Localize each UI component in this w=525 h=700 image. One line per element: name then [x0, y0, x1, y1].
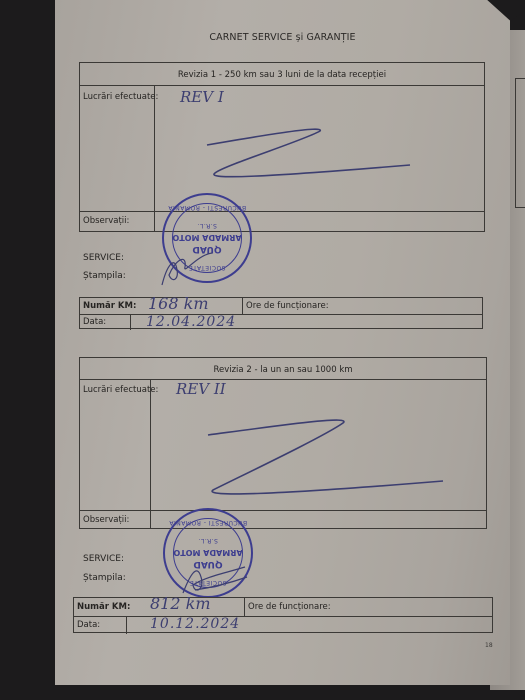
stamp-line-3: S.R.L.	[164, 222, 250, 229]
signature-1	[157, 245, 217, 290]
date-value[interactable]: 12.04.2024	[146, 314, 236, 330]
km-value[interactable]: 812 km	[150, 594, 211, 613]
divider	[80, 379, 486, 380]
divider	[242, 298, 243, 314]
km-label: Număr KM:	[83, 301, 136, 311]
observations-label: Observații:	[83, 216, 129, 226]
km-value[interactable]: 168 km	[148, 294, 209, 313]
works-value[interactable]: REV II	[176, 380, 226, 398]
km-label: Număr KM:	[77, 602, 130, 612]
service-label: SERVICE:	[83, 554, 124, 564]
divider	[154, 85, 155, 232]
stamp-label: Ștampila:	[83, 573, 126, 583]
divider	[130, 314, 131, 330]
page-number: 18	[485, 642, 493, 649]
divider	[80, 211, 484, 212]
cancellation-scribble-1	[205, 125, 465, 185]
date-value[interactable]: 10.12.2024	[150, 616, 240, 632]
observations-label: Observații:	[83, 515, 129, 525]
divider	[74, 616, 492, 617]
divider	[80, 85, 484, 86]
works-value[interactable]: REV I	[180, 88, 224, 106]
cancellation-scribble-2	[203, 415, 473, 505]
date-label: Data:	[77, 620, 100, 630]
service-book-page: CARNET SERVICE și GARANȚIE Revizia 1 - 2…	[55, 0, 510, 685]
divider	[126, 616, 127, 634]
revision-2-title: Revizia 2 - la un an sau 1000 km	[80, 365, 486, 375]
service-label: SERVICE:	[83, 253, 124, 263]
divider	[244, 598, 245, 616]
revision-1-title: Revizia 1 - 250 km sau 3 luni de la data…	[80, 70, 484, 80]
stamp-ring-text: BUCUREȘTI - ROMANIA	[164, 204, 250, 211]
revision-1-km-date-table: Număr KM: 168 km Ore de funcționare: Dat…	[79, 297, 483, 329]
revision-2-km-date-table: Număr KM: 812 km Ore de funcționare: Dat…	[73, 597, 493, 633]
stamp-label: Ștampila:	[83, 271, 126, 281]
stamp-line-3: S.R.L.	[165, 537, 251, 544]
stamp-line-2: ARMADA MOTO	[164, 233, 250, 242]
works-label: Lucrări efectuate:	[83, 385, 158, 395]
hours-label: Ore de funcționare:	[246, 301, 329, 311]
hours-label: Ore de funcționare:	[248, 602, 331, 612]
works-label: Lucrări efectuate:	[83, 92, 158, 102]
stamp-ring-text: BUCUREȘTI - ROMANIA	[165, 519, 251, 526]
divider	[80, 314, 482, 315]
divider	[150, 379, 151, 529]
divider	[80, 510, 486, 511]
date-label: Data:	[83, 317, 106, 327]
page-title: CARNET SERVICE și GARANȚIE	[55, 32, 510, 43]
next-page-table-fragment	[515, 78, 525, 208]
